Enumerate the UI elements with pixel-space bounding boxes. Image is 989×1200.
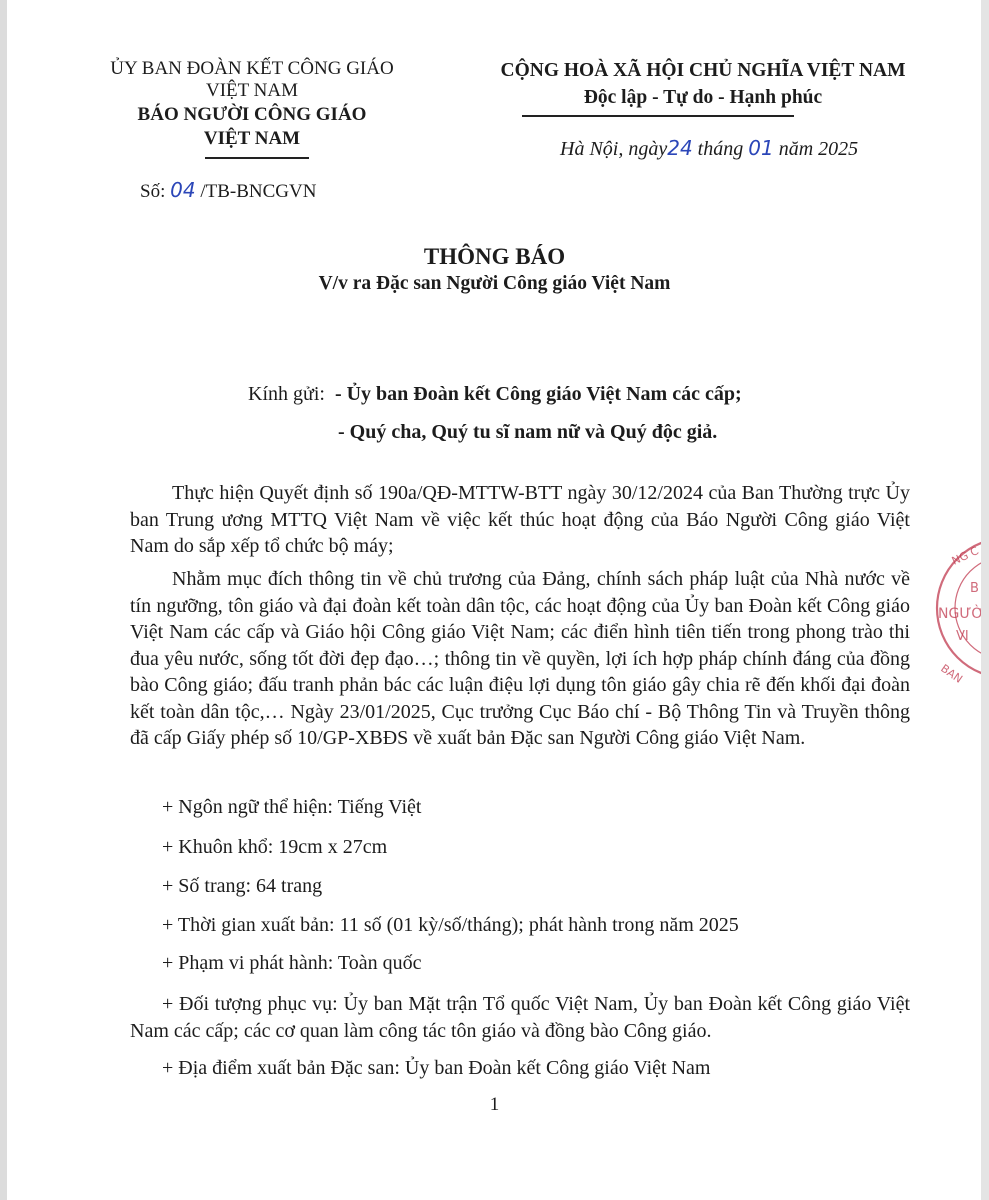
date-year: năm 2025 — [779, 138, 858, 160]
page-edge-left — [0, 0, 7, 1200]
document-subject: V/v ra Đặc san Người Công giáo Việt Nam — [0, 273, 989, 295]
spec-item: + Ngôn ngữ thể hiện: Tiếng Việt — [162, 796, 421, 819]
document-number-suffix: /TB-BNCGVN — [200, 181, 316, 202]
body-paragraph: Nhằm mục đích thông tin về chủ trương củ… — [130, 566, 910, 752]
document-number-handwritten: 04 — [170, 178, 195, 202]
national-motto: Độc lập - Tự do - Hạnh phúc — [483, 87, 923, 109]
paragraph-text: + Đối tượng phục vụ: Ủy ban Mặt trận Tổ … — [130, 993, 910, 1042]
date-month-label: tháng — [698, 138, 744, 160]
document-number: Số: 04 /TB-BNCGVN — [140, 178, 316, 203]
spec-item: + Khuôn khổ: 19cm x 27cm — [162, 836, 387, 859]
date-month-handwritten: 01 — [748, 136, 773, 160]
document-number-label: Số: — [140, 181, 165, 202]
spec-item: + Số trang: 64 trang — [162, 875, 322, 898]
spec-item: + Thời gian xuất bản: 11 số (01 kỳ/số/th… — [162, 914, 739, 937]
page-edge-right-overlay — [981, 0, 989, 1200]
document-date: Hà Nội, ngày24 tháng 01 năm 2025 — [560, 136, 858, 161]
page-number: 1 — [0, 1094, 989, 1116]
issuing-org-line1: ỦY BAN ĐOÀN KẾT CÔNG GIÁO — [82, 58, 422, 80]
recipients-label: Kính gửi: — [248, 383, 325, 405]
recipient-item: - Ủy ban Đoàn kết Công giáo Việt Nam các… — [335, 383, 742, 405]
paragraph-text: Thực hiện Quyết định số 190a/QĐ-MTTW-BTT… — [130, 482, 910, 557]
spec-item: + Địa điểm xuất bản Đặc san: Ủy ban Đoàn… — [162, 1057, 710, 1080]
issuing-org-line2: VIỆT NAM — [82, 80, 422, 102]
date-prefix: Hà Nội, ngày — [560, 138, 667, 160]
recipient-item: - Quý cha, Quý tu sĩ nam nữ và Quý độc g… — [338, 421, 717, 444]
paragraph-text: Nhằm mục đích thông tin về chủ trương củ… — [130, 568, 910, 749]
header-left-rule — [205, 157, 309, 159]
svg-text:B: B — [970, 581, 979, 596]
date-day-handwritten: 24 — [667, 136, 692, 160]
svg-text:VI: VI — [956, 629, 969, 644]
issuing-unit-line2: VIỆT NAM — [82, 128, 422, 150]
spec-item: + Đối tượng phục vụ: Ủy ban Mặt trận Tổ … — [130, 991, 910, 1044]
spec-item: + Phạm vi phát hành: Toàn quốc — [162, 952, 421, 975]
svg-text:NG C: NG C — [950, 544, 981, 568]
recipients-line1: Kính gửi: - Ủy ban Đoàn kết Công giáo Vi… — [248, 383, 742, 406]
body-paragraph: Thực hiện Quyết định số 190a/QĐ-MTTW-BTT… — [130, 480, 910, 560]
document-title: THÔNG BÁO — [0, 244, 989, 270]
svg-text:BAN: BAN — [938, 662, 965, 686]
national-title: CỘNG HOÀ XÃ HỘI CHỦ NGHĨA VIỆT NAM — [483, 60, 923, 82]
issuing-unit-line1: BÁO NGƯỜI CÔNG GIÁO — [82, 104, 422, 126]
header-right-rule — [522, 115, 794, 117]
